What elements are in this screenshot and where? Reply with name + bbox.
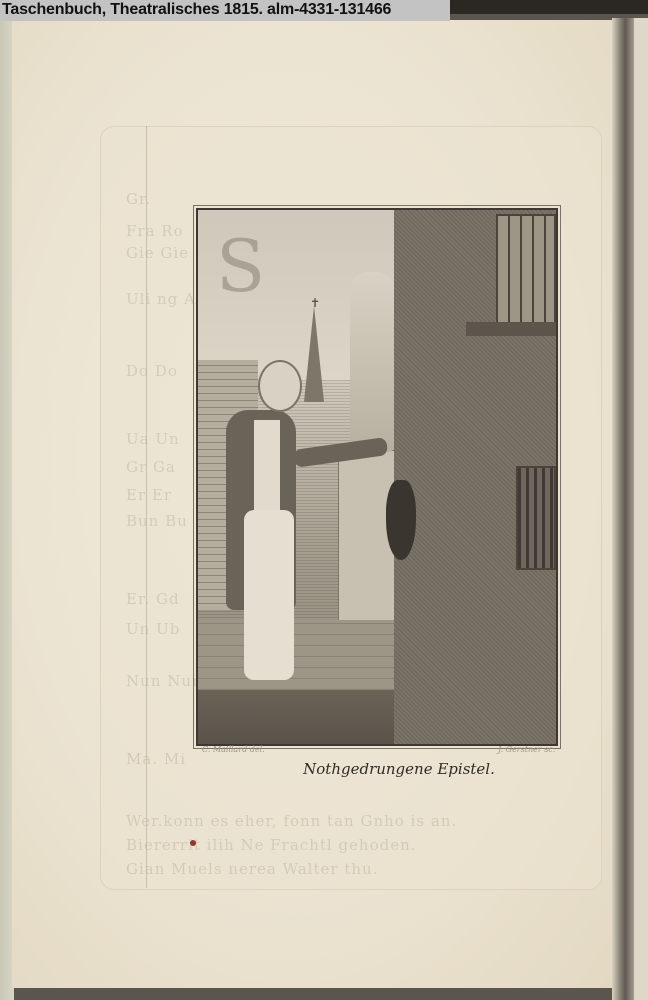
engraver-credit: J. Gerstner sc.	[498, 745, 555, 754]
engraving-illustration: S ✝	[196, 208, 558, 746]
next-page-edge	[634, 18, 648, 1000]
book-gutter	[612, 18, 634, 1000]
scan-top-edge	[450, 0, 648, 14]
engraving-church-spire	[304, 306, 324, 402]
title-bar: Taschenbuch, Theatralisches 1815. alm-43…	[0, 0, 450, 21]
engraving-letter: S	[216, 224, 265, 308]
bleed-through-text: Wer.konn es eher, fonn tan Gnho is an.	[126, 812, 457, 830]
bleed-through-text: Bun Bu	[126, 512, 188, 530]
engraving-ledge	[466, 322, 556, 336]
bleed-through-text: Gian Muels nerea Walter thu.	[126, 860, 378, 878]
engraving-statue	[350, 272, 394, 452]
bleed-through-text: Ua Un	[126, 430, 180, 448]
engraving-grate	[516, 466, 556, 570]
plate-caption: Nothgedrungene Epistel.	[0, 760, 648, 778]
engraving-man-legs	[244, 510, 294, 680]
artist-credit: C. Maillard del.	[202, 745, 265, 754]
bleed-through-text: Gie Gie	[126, 244, 189, 262]
engraving-man-head	[258, 360, 302, 412]
page-title: Taschenbuch, Theatralisches 1815. alm-43…	[2, 1, 391, 19]
bleed-through-text: Er Er	[126, 486, 172, 504]
bleed-through-text: Biererrit ilih Ne Frachtl gehoden.	[126, 836, 417, 854]
engraving-man-vest	[254, 420, 280, 510]
stain-mark	[190, 840, 196, 846]
bleed-through-text: Un Ub	[126, 620, 180, 638]
bleed-through-text: Er. Gd	[126, 590, 180, 608]
engraving-window	[496, 214, 556, 326]
bleed-through-text: Do Do	[126, 362, 178, 380]
bleed-through-text: Fra Ro	[126, 222, 184, 240]
bleed-through-text: Gr Ga	[126, 458, 176, 476]
bleed-through-text: Gr.	[126, 190, 151, 208]
engraving-hat	[386, 480, 416, 560]
bleed-through-text: Nun Nun	[126, 672, 203, 690]
